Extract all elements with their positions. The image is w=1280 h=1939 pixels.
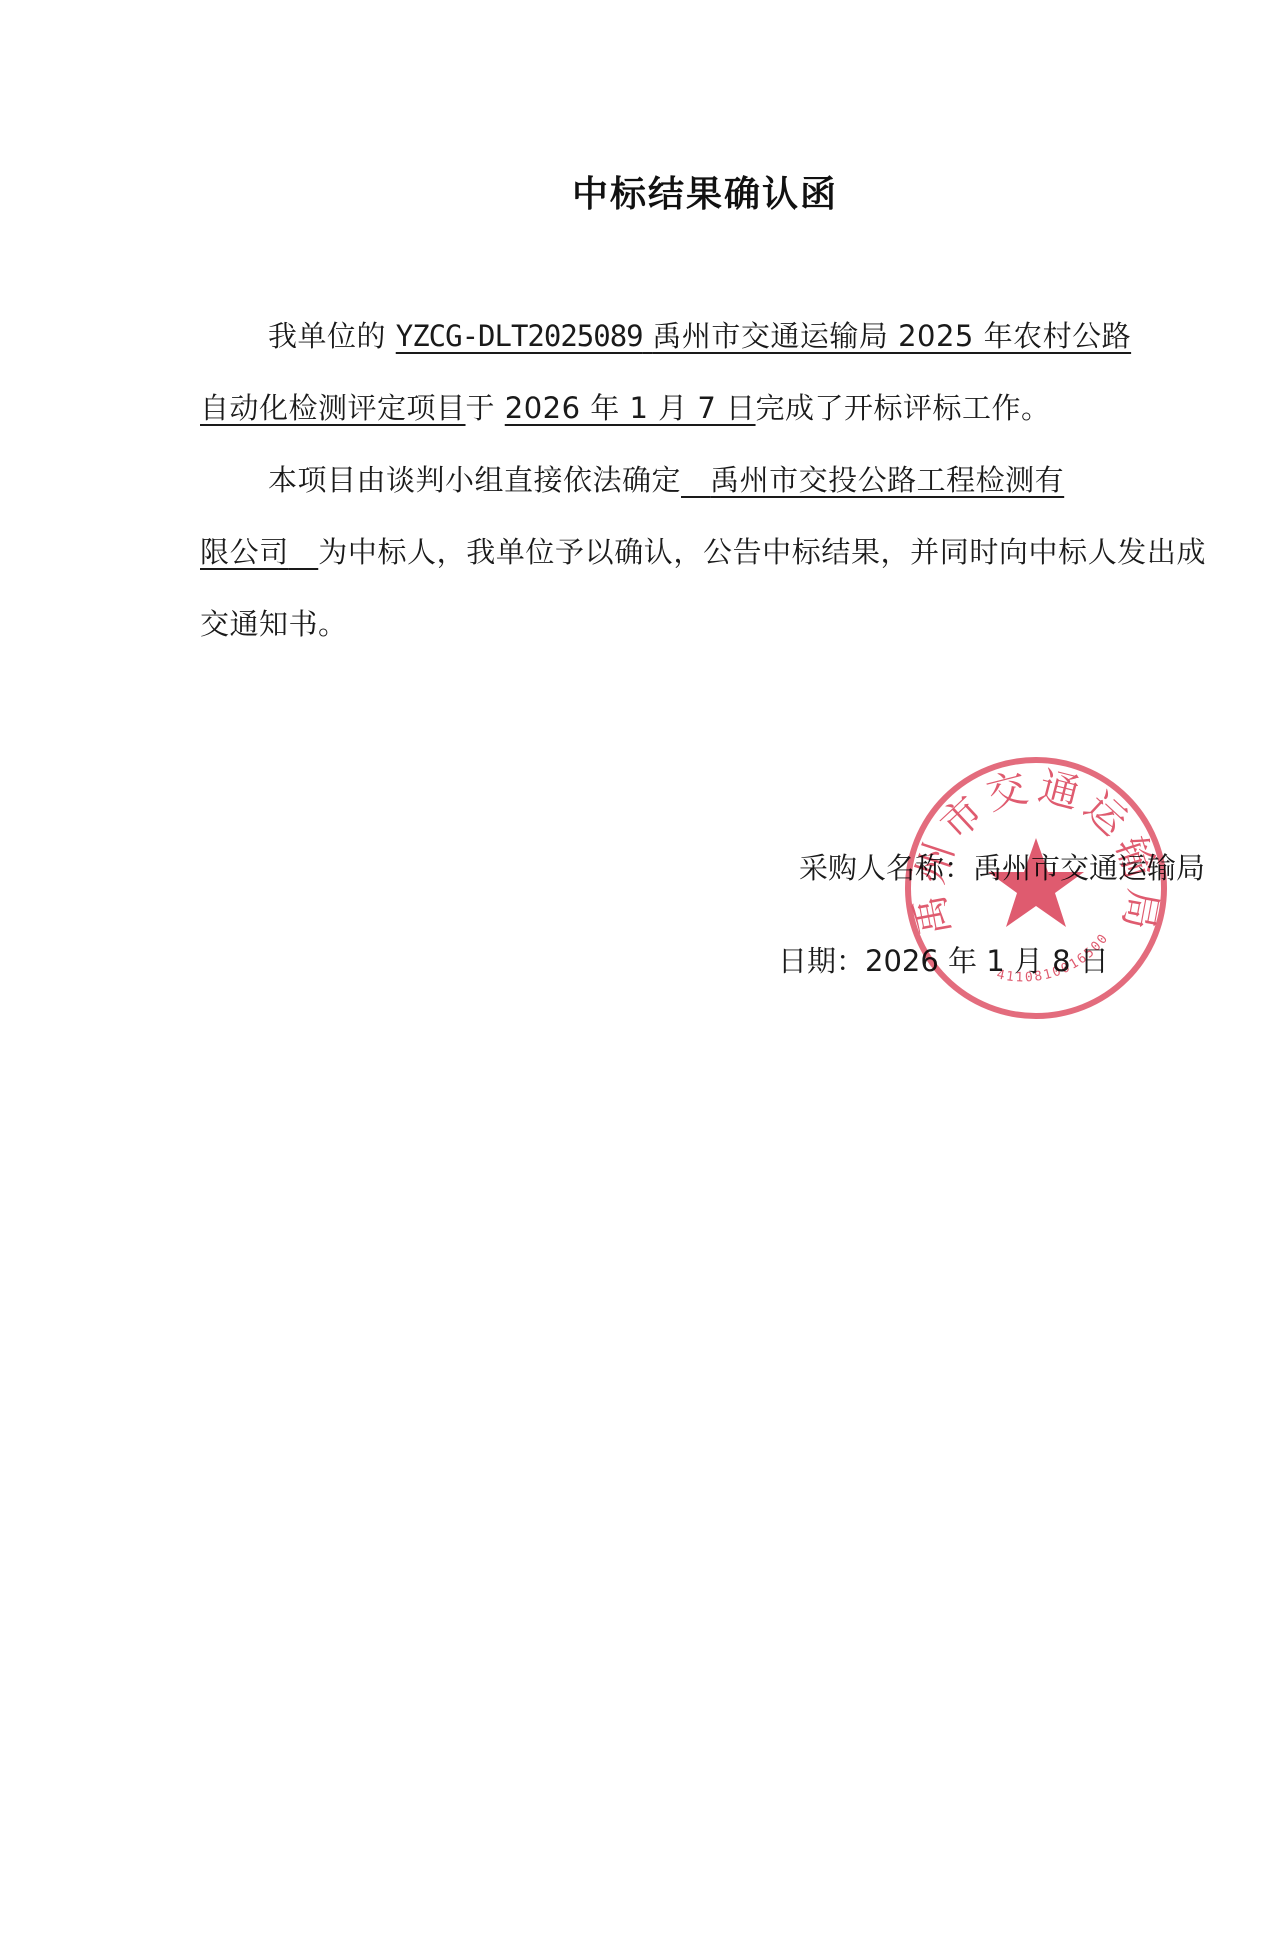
- purchaser-label: 采购人名称：: [799, 851, 973, 885]
- date-value: 2026 年 1 月 8 日: [865, 944, 1109, 978]
- para2-prefix: 本项目由谈判小组直接依法确定: [268, 463, 681, 497]
- document-title: 中标结果确认函: [0, 166, 1280, 217]
- project-code: YZCG-DLT2025089: [396, 319, 643, 353]
- project-name-part1: 禹州市交通运输局 2025 年农村公路: [652, 319, 1131, 353]
- official-seal-icon: 禹州市交通运输局 4110810016500: [900, 752, 1172, 1024]
- bid-date: 2026 年 1 月 7 日: [505, 391, 756, 425]
- document-page: 中标结果确认函 我单位的 YZCG-DLT2025089 禹州市交通运输局 20…: [0, 0, 1280, 1939]
- project-name-part2: 自动化检测评定项目: [200, 391, 466, 425]
- winner-blank-trail: [289, 535, 318, 569]
- para1-connector: 于: [466, 391, 496, 425]
- purchaser-signature: 采购人名称：禹州市交通运输局: [799, 846, 1205, 887]
- purchaser-name: 禹州市交通运输局: [973, 851, 1205, 885]
- signature-date: 日期：2026 年 1 月 8 日: [778, 939, 1109, 980]
- paragraph-winner-confirmation: 本项目由谈判小组直接依法确定 禹州市交投公路工程检测有限公司 为中标人，我单位予…: [200, 444, 1206, 660]
- para1-prefix: 我单位的: [268, 319, 386, 353]
- para1-suffix: 完成了开标评标工作。: [756, 391, 1051, 425]
- winner-name-part2: 限公司: [200, 535, 289, 569]
- paragraph-bid-completion: 我单位的 YZCG-DLT2025089 禹州市交通运输局 2025 年农村公路…: [200, 300, 1206, 444]
- para2-suffix: 为中标人，我单位予以确认，公告中标结果，并同时向中标人发出成交通知书。: [200, 535, 1206, 641]
- winner-blank-lead: [681, 463, 710, 497]
- winner-name-part1: 禹州市交投公路工程检测有: [710, 463, 1064, 497]
- date-label: 日期：: [778, 944, 865, 978]
